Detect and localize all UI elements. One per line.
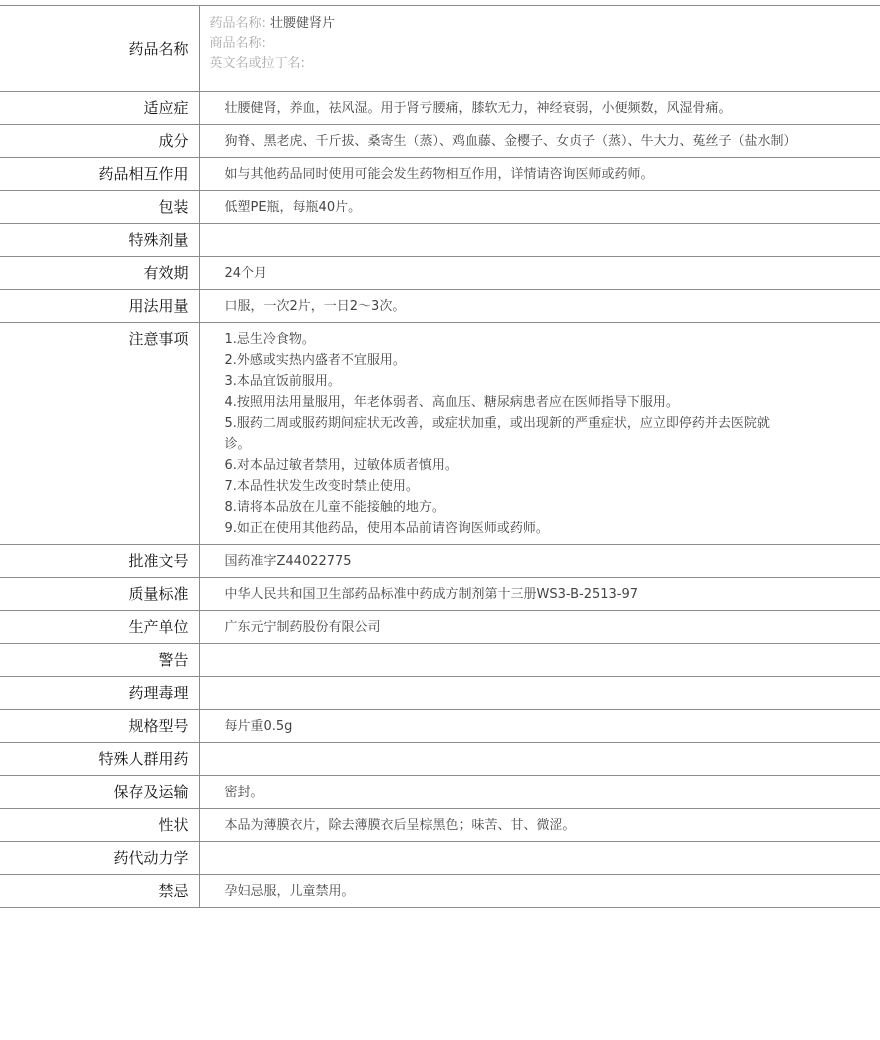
row-warning: 警告 — [0, 644, 880, 677]
row-shelf-life: 有效期 24个月 — [0, 257, 880, 290]
label-warning: 警告 — [0, 644, 199, 677]
label-ingredients: 成分 — [0, 125, 199, 158]
precaution-item: 2.外感或实热内盛者不宜服用。 — [225, 350, 781, 371]
value-precautions: 1.忌生冷食物。 2.外感或实热内盛者不宜服用。 3.本品宜饭前服用。 4.按照… — [199, 323, 880, 545]
value-specification: 每片重0.5g — [199, 710, 880, 743]
value-packaging: 低塑PE瓶，每瓶40片。 — [199, 191, 880, 224]
english-name-line: 英文名或拉丁名: — [210, 54, 880, 74]
row-usage: 用法用量 口服，一次2片，一日2～3次。 — [0, 290, 880, 323]
row-packaging: 包装 低塑PE瓶，每瓶40片。 — [0, 191, 880, 224]
label-interactions: 药品相互作用 — [0, 158, 199, 191]
value-shelf-life: 24个月 — [199, 257, 880, 290]
value-special-populations — [199, 743, 880, 776]
label-contraindications: 禁忌 — [0, 875, 199, 908]
value-contraindications: 孕妇忌服，儿童禁用。 — [199, 875, 880, 908]
precaution-item: 5.服药二周或服药期间症状无改善，或症状加重，或出现新的严重症状，应立即停药并去… — [225, 413, 781, 455]
precaution-item: 6.对本品过敏者禁用，过敏体质者慎用。 — [225, 455, 781, 476]
row-drug-name: 药品名称 药品名称: 壮腰健肾片 商品名称: 英文名或拉丁名: — [0, 6, 880, 92]
generic-name-line: 药品名称: 壮腰健肾片 — [210, 14, 880, 34]
label-approval-number: 批准文号 — [0, 545, 199, 578]
label-precautions: 注意事项 — [0, 323, 199, 545]
value-manufacturer: 广东元宁制药股份有限公司 — [199, 611, 880, 644]
generic-name-value: 壮腰健肾片 — [270, 16, 335, 31]
row-specification: 规格型号 每片重0.5g — [0, 710, 880, 743]
label-specification: 规格型号 — [0, 710, 199, 743]
trade-name-line: 商品名称: — [210, 34, 880, 54]
row-storage: 保存及运输 密封。 — [0, 776, 880, 809]
value-warning — [199, 644, 880, 677]
row-indications: 适应症 壮腰健肾，养血，祛风湿。用于肾亏腰痛，膝软无力，神经衰弱，小便频数，风湿… — [0, 92, 880, 125]
label-description: 性状 — [0, 809, 199, 842]
row-contraindications: 禁忌 孕妇忌服，儿童禁用。 — [0, 875, 880, 908]
trade-name-label: 商品名称: — [210, 36, 266, 51]
english-name-label: 英文名或拉丁名: — [210, 56, 305, 71]
label-quality-standard: 质量标准 — [0, 578, 199, 611]
label-usage: 用法用量 — [0, 290, 199, 323]
precaution-item: 9.如正在使用其他药品，使用本品前请咨询医师或药师。 — [225, 518, 781, 539]
row-manufacturer: 生产单位 广东元宁制药股份有限公司 — [0, 611, 880, 644]
row-description: 性状 本品为薄膜衣片，除去薄膜衣后呈棕黑色；味苦、甘、微涩。 — [0, 809, 880, 842]
row-ingredients: 成分 狗脊、黑老虎、千斤拔、桑寄生（蒸）、鸡血藤、金樱子、女贞子（蒸）、牛大力、… — [0, 125, 880, 158]
row-interactions: 药品相互作用 如与其他药品同时使用可能会发生药物相互作用，详情请咨询医师或药师。 — [0, 158, 880, 191]
value-storage: 密封。 — [199, 776, 880, 809]
row-special-populations: 特殊人群用药 — [0, 743, 880, 776]
label-manufacturer: 生产单位 — [0, 611, 199, 644]
row-special-dosage: 特殊剂量 — [0, 224, 880, 257]
label-storage: 保存及运输 — [0, 776, 199, 809]
label-indications: 适应症 — [0, 92, 199, 125]
label-shelf-life: 有效期 — [0, 257, 199, 290]
label-special-dosage: 特殊剂量 — [0, 224, 199, 257]
drug-spec-table: 药品名称 药品名称: 壮腰健肾片 商品名称: 英文名或拉丁名: 适应症 壮腰健肾… — [0, 5, 880, 908]
value-interactions: 如与其他药品同时使用可能会发生药物相互作用，详情请咨询医师或药师。 — [199, 158, 880, 191]
label-special-populations: 特殊人群用药 — [0, 743, 199, 776]
value-usage: 口服，一次2片，一日2～3次。 — [199, 290, 880, 323]
value-drug-name: 药品名称: 壮腰健肾片 商品名称: 英文名或拉丁名: — [199, 6, 880, 92]
label-drug-name: 药品名称 — [0, 6, 199, 92]
value-special-dosage — [199, 224, 880, 257]
value-description: 本品为薄膜衣片，除去薄膜衣后呈棕黑色；味苦、甘、微涩。 — [199, 809, 880, 842]
precaution-item: 4.按照用法用量服用，年老体弱者、高血压、糖尿病患者应在医师指导下服用。 — [225, 392, 781, 413]
row-pharmacology: 药理毒理 — [0, 677, 880, 710]
value-pharmacology — [199, 677, 880, 710]
label-packaging: 包装 — [0, 191, 199, 224]
label-pharmacology: 药理毒理 — [0, 677, 199, 710]
value-approval-number: 国药准字Z44022775 — [199, 545, 880, 578]
precaution-item: 8.请将本品放在儿童不能接触的地方。 — [225, 497, 781, 518]
precaution-item: 7.本品性状发生改变时禁止使用。 — [225, 476, 781, 497]
value-quality-standard: 中华人民共和国卫生部药品标准中药成方制剂第十三册WS3-B-2513-97 — [199, 578, 880, 611]
precaution-item: 1.忌生冷食物。 — [225, 329, 781, 350]
row-quality-standard: 质量标准 中华人民共和国卫生部药品标准中药成方制剂第十三册WS3-B-2513-… — [0, 578, 880, 611]
value-pharmacokinetics — [199, 842, 880, 875]
label-pharmacokinetics: 药代动力学 — [0, 842, 199, 875]
row-pharmacokinetics: 药代动力学 — [0, 842, 880, 875]
generic-name-label: 药品名称: — [210, 16, 266, 31]
value-indications: 壮腰健肾，养血，祛风湿。用于肾亏腰痛，膝软无力，神经衰弱，小便频数，风湿骨痛。 — [199, 92, 880, 125]
row-approval-number: 批准文号 国药准字Z44022775 — [0, 545, 880, 578]
precaution-item: 3.本品宜饭前服用。 — [225, 371, 781, 392]
value-ingredients: 狗脊、黑老虎、千斤拔、桑寄生（蒸）、鸡血藤、金樱子、女贞子（蒸）、牛大力、菟丝子… — [199, 125, 880, 158]
row-precautions: 注意事项 1.忌生冷食物。 2.外感或实热内盛者不宜服用。 3.本品宜饭前服用。… — [0, 323, 880, 545]
